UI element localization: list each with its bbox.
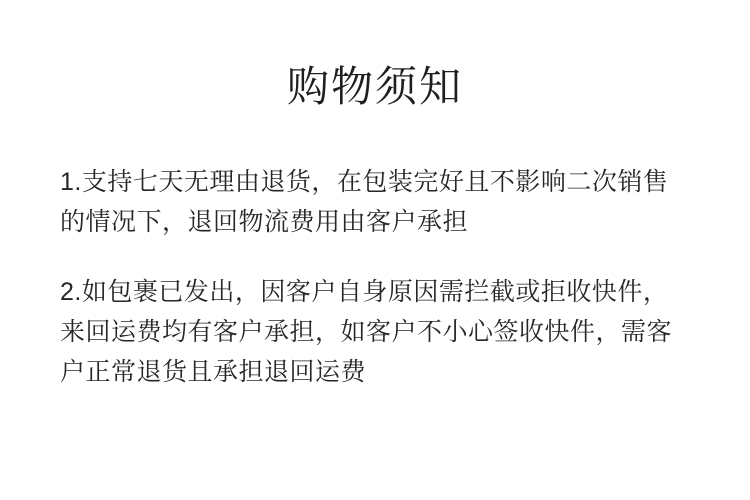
notice-paragraph-1: 1.支持七天无理由退货，在包装完好且不影响二次销售的情况下，退回物流费用由客户承…	[60, 162, 690, 242]
notice-paragraph-2: 2.如包裹已发出，因客户自身原因需拦截或拒收快件，来回运费均有客户承担，如客户不…	[60, 272, 690, 392]
notice-content: 1.支持七天无理由退货，在包装完好且不影响二次销售的情况下，退回物流费用由客户承…	[60, 162, 690, 392]
shopping-notice-page: 购物须知 1.支持七天无理由退货，在包装完好且不影响二次销售的情况下，退回物流费…	[0, 0, 750, 500]
page-title: 购物须知	[0, 0, 750, 112]
